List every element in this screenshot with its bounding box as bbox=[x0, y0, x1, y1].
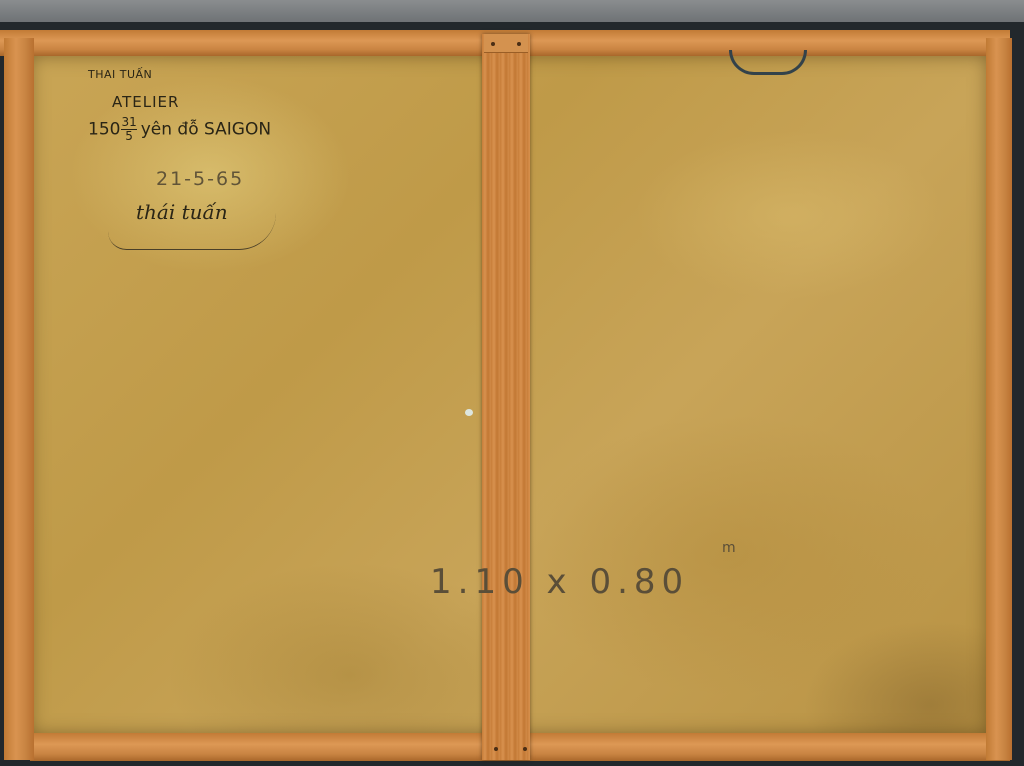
address-street: yên đỗ SAIGON bbox=[141, 120, 271, 140]
address-fraction: 315 bbox=[121, 116, 136, 143]
center-brace bbox=[482, 34, 530, 760]
atelier-inscription: ATELIER bbox=[112, 93, 179, 111]
date-inscription: 21-5-65 bbox=[156, 168, 244, 190]
stretcher-left bbox=[4, 38, 34, 760]
stretcher-right bbox=[986, 38, 1012, 760]
nail-icon bbox=[523, 747, 527, 751]
dimensions-inscription: 1.10 x 0.80 bbox=[430, 562, 689, 602]
nail-icon bbox=[491, 42, 495, 46]
nail-icon bbox=[517, 42, 521, 46]
paint-speck bbox=[465, 409, 473, 416]
artist-name-inscription: THAI TUẤN bbox=[88, 68, 152, 81]
signature-flourish bbox=[108, 213, 276, 250]
dimensions-unit: m bbox=[722, 540, 736, 556]
address-inscription: 150315yên đỗ SAIGON bbox=[88, 116, 271, 143]
wall-background bbox=[0, 0, 1024, 24]
painting-back-photo: THAI TUẤN ATELIER 150315yên đỗ SAIGON 21… bbox=[0, 0, 1024, 766]
address-number: 150 bbox=[88, 120, 120, 140]
nail-icon bbox=[494, 747, 498, 751]
